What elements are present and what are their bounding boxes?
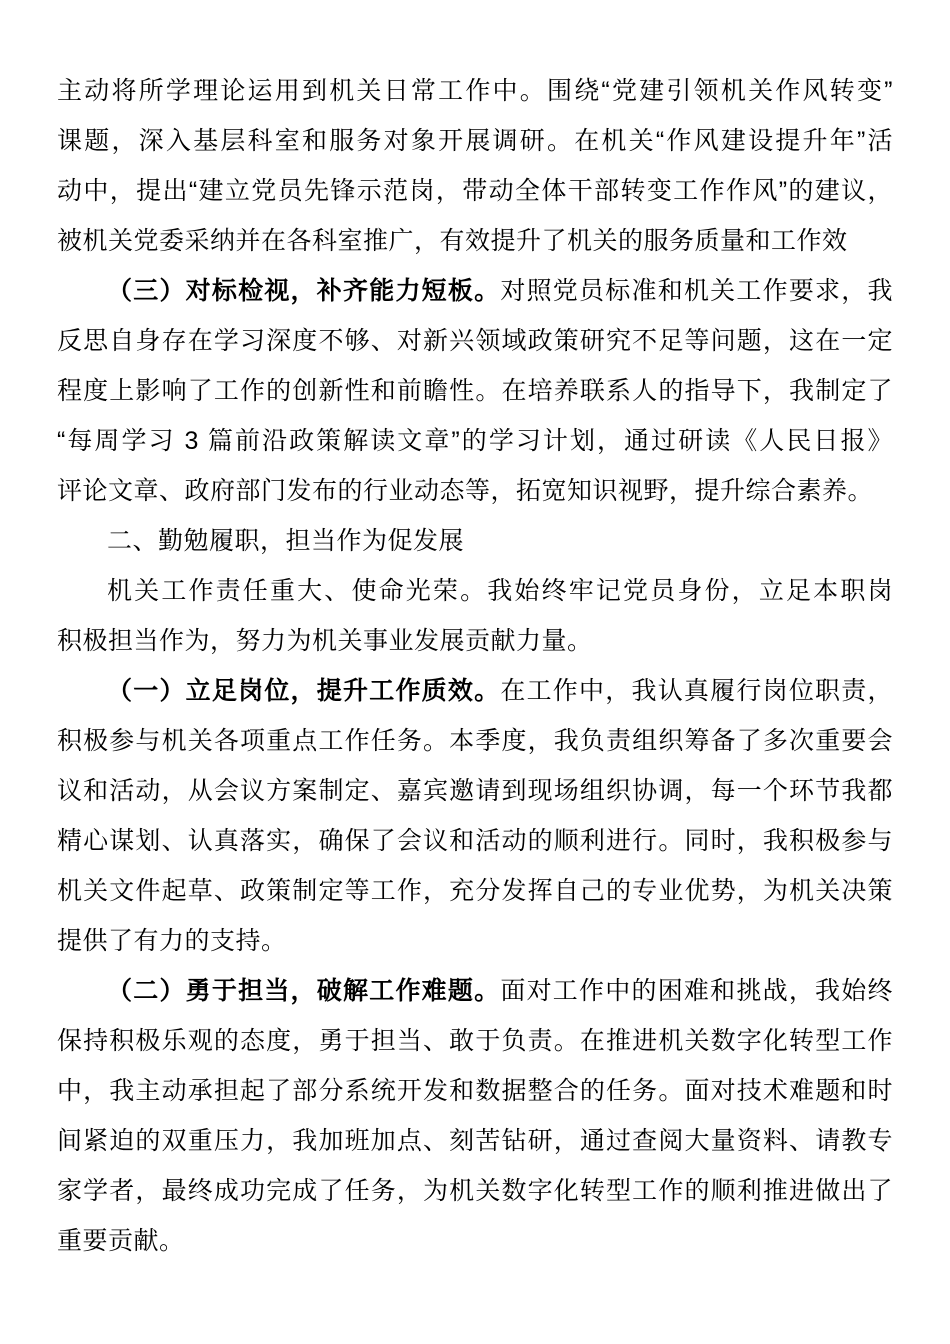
text-line: “每周学习 3 篇前沿政策解读文章”的学习计划，通过研读《人民日报》	[57, 416, 893, 466]
text-run: 对照党员标准和机关工作要求，我	[500, 277, 893, 305]
text-line: 课题，深入基层科室和服务对象开展调研。在机关“作风建设提升年”活	[57, 116, 893, 166]
text-line: 反思自身存在学习深度不够、对新兴领域政策研究不足等问题，这在一定	[57, 316, 893, 366]
text-line: 评论文章、政府部门发布的行业动态等，拓宽知识视野，提升综合素养。	[57, 466, 893, 516]
text-line: 积极担当作为，努力为机关事业发展贡献力量。	[57, 616, 893, 666]
text-run: 家学者，最终成功完成了任务，为机关数字化转型工作的顺利推进做出了	[57, 1177, 893, 1205]
text-run: “每周学习 3 篇前沿政策解读文章”的学习计划，通过研读《人民日报》	[57, 427, 893, 455]
text-run: 被机关党委采纳并在各科室推广，有效提升了机关的服务质量和工作效率。	[57, 227, 848, 266]
text-run: 程度上影响了工作的创新性和前瞻性。在培养联系人的指导下，我制定了	[57, 377, 893, 405]
text-line: 被机关党委采纳并在各科室推广，有效提升了机关的服务质量和工作效率。	[57, 216, 893, 266]
text-line: 主动将所学理论运用到机关日常工作中。围绕“党建引领机关作风转变”	[57, 66, 893, 116]
text-line: 机关文件起草、政策制定等工作，充分发挥自己的专业优势，为机关决策	[57, 866, 893, 916]
text-run: 中，我主动承担起了部分系统开发和数据整合的任务。面对技术难题和时	[57, 1077, 893, 1105]
text-run: 保持积极乐观的态度，勇于担当、敢于负责。在推进机关数字化转型工作	[57, 1027, 893, 1055]
text-run: 积极参与机关各项重点工作任务。本季度，我负责组织筹备了多次重要会	[57, 727, 893, 755]
text-line: 保持积极乐观的态度，勇于担当、敢于负责。在推进机关数字化转型工作	[57, 1016, 893, 1066]
subheading-run: （一）立足岗位，提升工作质效。	[107, 677, 500, 705]
text-run: 评论文章、政府部门发布的行业动态等，拓宽知识视野，提升综合素养。	[57, 477, 873, 505]
subheading-run: （三）对标检视，补齐能力短板。	[107, 277, 500, 305]
text-line: 提供了有力的支持。	[57, 916, 893, 966]
text-line: 间紧迫的双重压力，我加班加点、刻苦钻研，通过查阅大量资料、请教专	[57, 1116, 893, 1166]
text-run: 动中，提出“建立党员先锋示范岗，带动全体干部转变工作作风”的建议，	[57, 177, 893, 205]
text-run: 课题，深入基层科室和服务对象开展调研。在机关“作风建设提升年”活	[57, 127, 893, 155]
text-run: 议和活动，从会议方案制定、嘉宾邀请到现场组织协调，每一个环节我都	[57, 777, 893, 805]
text-run: 主动将所学理论运用到机关日常工作中。围绕“党建引领机关作风转变”	[57, 77, 893, 105]
text-line: 积极参与机关各项重点工作任务。本季度，我负责组织筹备了多次重要会	[57, 716, 893, 766]
text-line: 重要贡献。	[57, 1216, 893, 1266]
text-run: 提供了有力的支持。	[57, 927, 287, 955]
document-page: 主动将所学理论运用到机关日常工作中。围绕“党建引领机关作风转变” 课题，深入基层…	[0, 0, 950, 1344]
text-line: （二）勇于担当，破解工作难题。面对工作中的困难和挑战，我始终	[57, 966, 893, 1016]
text-run: 机关工作责任重大、使命光荣。我始终牢记党员身份，立足本职岗位，	[107, 577, 893, 616]
subheading-run: （二）勇于担当，破解工作难题。	[107, 977, 500, 1005]
text-line: 机关工作责任重大、使命光荣。我始终牢记党员身份，立足本职岗位，	[57, 566, 893, 616]
text-run: 积极担当作为，努力为机关事业发展贡献力量。	[57, 627, 593, 655]
text-run: 在工作中，我认真履行岗位职责，	[500, 677, 893, 705]
text-line: （一）立足岗位，提升工作质效。在工作中，我认真履行岗位职责，	[57, 666, 893, 716]
text-run: 机关文件起草、政策制定等工作，充分发挥自己的专业优势，为机关决策	[57, 877, 893, 905]
text-run: 间紧迫的双重压力，我加班加点、刻苦钻研，通过查阅大量资料、请教专	[57, 1127, 893, 1155]
text-line: 家学者，最终成功完成了任务，为机关数字化转型工作的顺利推进做出了	[57, 1166, 893, 1216]
text-run: 反思自身存在学习深度不够、对新兴领域政策研究不足等问题，这在一定	[57, 327, 893, 355]
section-heading: 二、勤勉履职，担当作为促发展	[57, 516, 893, 566]
text-run: 面对工作中的困难和挑战，我始终	[500, 977, 893, 1005]
text-run: 精心谋划、认真落实，确保了会议和活动的顺利进行。同时，我积极参与	[57, 827, 893, 855]
text-line: 程度上影响了工作的创新性和前瞻性。在培养联系人的指导下，我制定了	[57, 366, 893, 416]
text-line: 中，我主动承担起了部分系统开发和数据整合的任务。面对技术难题和时	[57, 1066, 893, 1116]
text-line: （三）对标检视，补齐能力短板。对照党员标准和机关工作要求，我	[57, 266, 893, 316]
text-line: 动中，提出“建立党员先锋示范岗，带动全体干部转变工作作风”的建议，	[57, 166, 893, 216]
text-line: 议和活动，从会议方案制定、嘉宾邀请到现场组织协调，每一个环节我都	[57, 766, 893, 816]
text-run: 重要贡献。	[57, 1227, 185, 1255]
text-line: 精心谋划、认真落实，确保了会议和活动的顺利进行。同时，我积极参与	[57, 816, 893, 866]
text-run: 二、勤勉履职，担当作为促发展	[107, 527, 464, 555]
